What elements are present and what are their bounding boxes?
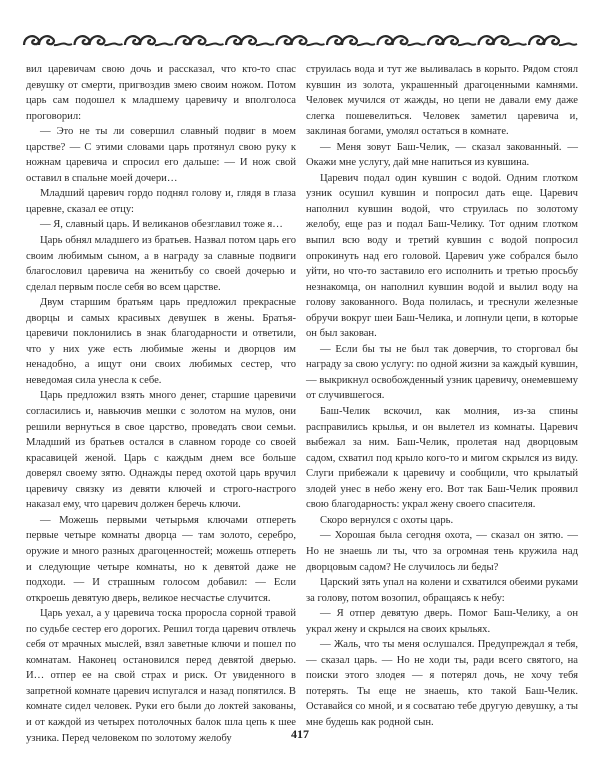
paragraph: Царский зять упал на колени и схватился … [306, 575, 578, 606]
paragraph: Скоро вернулся с охоты царь. [306, 513, 578, 529]
paragraph: Царь предложил взять много денег, старши… [26, 388, 296, 512]
paragraph: вил царевичам свою дочь и рассказал, что… [26, 62, 296, 124]
right-text-column: струилась вода и тут же выливалась в кор… [306, 62, 578, 731]
paragraph: Царь уехал, а у царевича тоска проросла … [26, 606, 296, 746]
paragraph: — Меня зовут Баш-Челик, — сказал закован… [306, 140, 578, 171]
page-number: 417 [0, 727, 600, 742]
decorative-wave-border [22, 32, 578, 48]
paragraph: Младший царевич гордо поднял голову и, г… [26, 186, 296, 217]
paragraph: Царь обнял младшего из братьев. Назвал п… [26, 233, 296, 295]
paragraph: Царевич подал один кувшин с водой. Одним… [306, 171, 578, 342]
paragraph: — Если бы ты не был так доверчив, то сто… [306, 342, 578, 404]
paragraph: — Это не ты ли совершил славный подвиг в… [26, 124, 296, 186]
paragraph: Двум старшим братьям царь предложил прек… [26, 295, 296, 388]
paragraph: — Я отпер девятую дверь. Помог Баш-Челик… [306, 606, 578, 637]
paragraph: — Хорошая была сегодня охота, — сказал о… [306, 528, 578, 575]
left-text-column: вил царевичам свою дочь и рассказал, что… [26, 62, 296, 746]
paragraph: струилась вода и тут же выливалась в кор… [306, 62, 578, 140]
paragraph: — Я, славный царь. И великанов обезглави… [26, 217, 296, 233]
paragraph: — Жаль, что ты меня ослушался. Предупреж… [306, 637, 578, 730]
paragraph: Баш-Челик вскочил, как молния, из-за спи… [306, 404, 578, 513]
paragraph: — Можешь первыми четырьмя ключами отпере… [26, 513, 296, 606]
